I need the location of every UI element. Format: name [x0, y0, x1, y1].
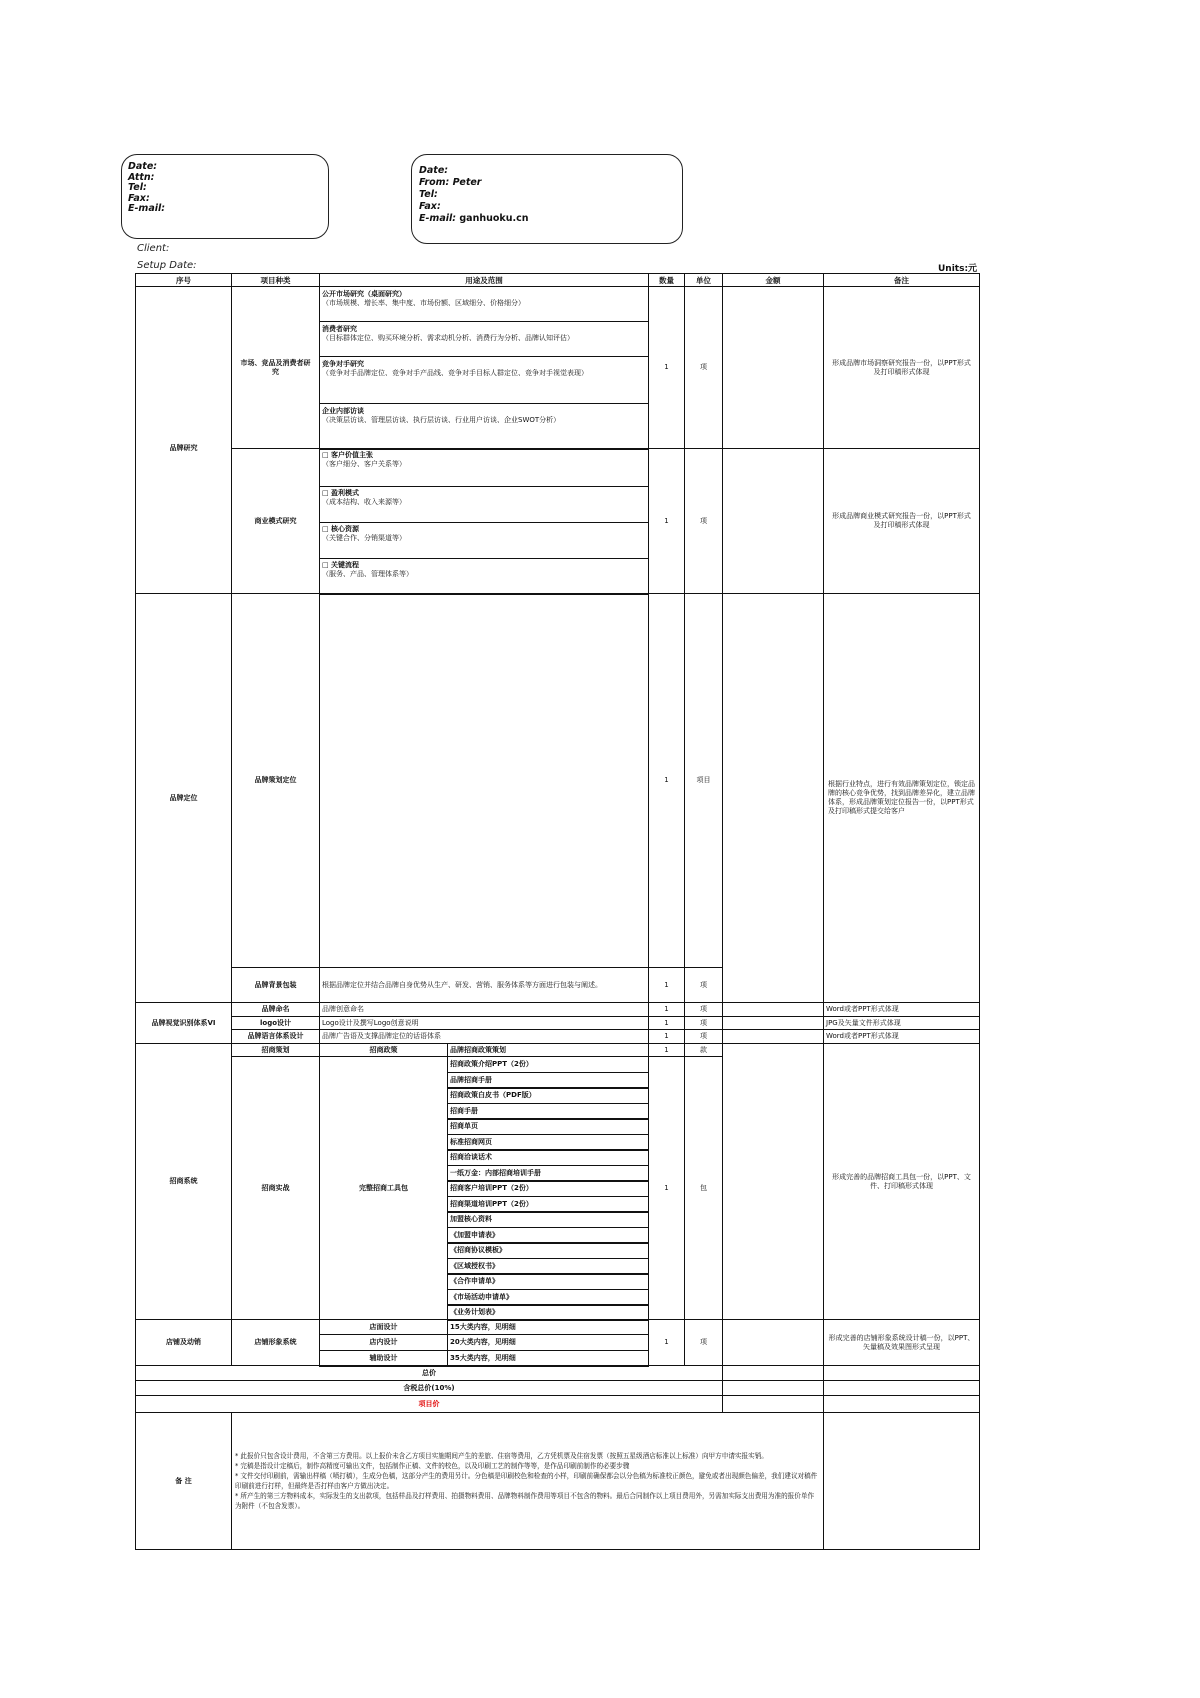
sender-email-value: ganhuoku.cn: [459, 213, 528, 224]
scope-detail: （客户细分、客户关系等）: [322, 460, 406, 469]
remark-line: * 完稿是指设计定稿后，制作高精度可输出文件，包括制作正稿、文件的校色，以及印刷…: [235, 1461, 820, 1471]
recipient-date-label: Date:: [128, 162, 165, 173]
positioning-strategy-qty: 1: [648, 593, 685, 968]
market-research-name: 市场、竞品及消费者研究: [231, 286, 320, 449]
store-category: 店铺及动销: [135, 1319, 232, 1366]
store-sub-name: 店面设计: [319, 1319, 448, 1335]
market-research-item: 企业内部访谈（决策层访谈、管理层访谈、执行层访谈、行业用户访谈、企业SWOT分析…: [319, 403, 649, 450]
vi-item-name: logo设计: [231, 1016, 320, 1030]
recipient-tel-label: Tel:: [128, 183, 165, 194]
toolkit-item: 招商客户培训PPT（2份）: [447, 1180, 649, 1197]
scope-title: 企业内部访谈: [322, 407, 364, 416]
vi-item-unit: 项: [684, 1002, 723, 1017]
vi-item-note: Word或者PPT形式体现: [823, 1002, 980, 1017]
total-amount[interactable]: [722, 1365, 824, 1381]
header-quantity: 数量: [648, 273, 685, 287]
scope-title: 公开市场研究（桌面研究）: [322, 290, 406, 299]
business-model-item: □ 核心资源（关键合作、分销渠道等）: [319, 522, 649, 559]
brand-story-scope: 根据品牌定位并结合品牌自身优势从生产、研发、营销、服务体系等方面进行包装与阐述。: [319, 967, 649, 1003]
store-note: 形成完善的店铺形象系统设计稿一份，以PPT、矢量稿及效果图形式呈现: [823, 1319, 980, 1366]
store-system-name: 店铺形象系统: [231, 1319, 320, 1366]
brand-research-category: 品牌研究: [135, 286, 232, 594]
market-research-note: 形成品牌市场洞察研究报告一份，以PPT形式及打印稿形式体现: [823, 286, 980, 449]
sender-from-value: Peter: [453, 177, 482, 188]
brand-story-qty: 1: [648, 967, 685, 1003]
remarks-label: 备 注: [135, 1412, 232, 1550]
scope-detail: （竞争对手品牌定位、竞争对手产品线、竞争对手目标人群定位、竞争对手视觉表现）: [322, 369, 588, 378]
store-qty: 1: [648, 1319, 685, 1366]
business-model-note: 形成品牌商业模式研究报告一份，以PPT形式及打印稿形式体现: [823, 448, 980, 594]
sender-from-line: From: Peter: [419, 177, 529, 189]
business-model-qty: 1: [648, 448, 685, 594]
remark-line: * 文件交付印刷前，需输出样稿（喷打稿），生成分色稿，这部分产生的费用另计。分色…: [235, 1471, 820, 1491]
investment-amount: [722, 1043, 824, 1320]
toolkit-item: 《招商协议模板》: [447, 1242, 649, 1259]
positioning-strategy-name: 品牌策划定位: [231, 593, 320, 968]
sender-info-box: Date: From: Peter Tel: Fax: E-mail: ganh…: [411, 154, 683, 244]
store-amount: [722, 1319, 824, 1366]
toolkit-item: 招商洽谈话术: [447, 1149, 649, 1166]
store-sub-name: 店内设计: [319, 1334, 448, 1351]
total-note: [823, 1365, 980, 1381]
business-model-item: □ 客户价值主张（客户细分、客户关系等）: [319, 448, 649, 487]
header-index: 序号: [135, 273, 232, 287]
toolkit-item: 招商政策介绍PPT（2份）: [447, 1056, 649, 1073]
investment-execution-sub: 完整招商工具包: [319, 1056, 448, 1320]
business-model-unit: 项: [684, 448, 723, 594]
project-price-amount[interactable]: [722, 1395, 824, 1413]
vi-item-qty: 1: [648, 1002, 685, 1017]
store-sub-item: 15大类内容，见明细: [447, 1319, 649, 1335]
scope-title: □ 关键流程: [322, 561, 359, 570]
toolkit-item: 招商政策白皮书（PDF版）: [447, 1087, 649, 1104]
header-scope: 用途及范围: [319, 273, 649, 287]
investment-execution-unit: 包: [684, 1056, 723, 1320]
scope-detail: （市场规模、增长率、集中度、市场份额、区域细分、价格细分）: [322, 299, 525, 308]
positioning-strategy-note: 根据行业特点，进行有效品牌策划定位，锁定品牌的核心竞争优势，找到品牌差异化，建立…: [823, 593, 980, 1003]
remark-line: * 所产生的第三方物料成本，实际发生的支出款项，包括样品及打样费用、拍摄物料费用…: [235, 1491, 820, 1511]
remarks-note: [823, 1412, 980, 1550]
vi-item-scope: Logo设计及撰写Logo创意说明: [319, 1016, 649, 1030]
header-remark: 备注: [823, 273, 980, 287]
investment-execution-qty: 1: [648, 1056, 685, 1320]
scope-title: □ 核心资源: [322, 525, 359, 534]
scope-title: 消费者研究: [322, 325, 357, 334]
investment-execution-name: 招商实战: [231, 1056, 320, 1320]
scope-detail: （服务、产品、管理体系等）: [322, 570, 413, 579]
scope-detail: （目标群体定位、购买环境分析、需求动机分析、消费行为分析、品牌认知评估）: [322, 334, 574, 343]
market-research-unit: 项: [684, 286, 723, 449]
tax-total-amount[interactable]: [722, 1380, 824, 1396]
tax-total-label: 含税总价(10%): [135, 1380, 723, 1396]
investment-category: 招商系统: [135, 1043, 232, 1320]
market-research-item: 公开市场研究（桌面研究）（市场规模、增长率、集中度、市场份额、区域细分、价格细分…: [319, 286, 649, 322]
store-sub-item: 20大类内容，见明细: [447, 1334, 649, 1351]
scope-detail: （决策层访谈、管理层访谈、执行层访谈、行业用户访谈、企业SWOT分析）: [322, 416, 560, 425]
market-research-item: 消费者研究（目标群体定位、购买环境分析、需求动机分析、消费行为分析、品牌认知评估…: [319, 321, 649, 357]
tax-total-note: [823, 1380, 980, 1396]
client-label: Client:: [137, 243, 169, 254]
market-research-amount: [722, 286, 824, 449]
business-model-item: □ 盈利模式（成本结构、收入来源等）: [319, 486, 649, 523]
scope-title: □ 客户价值主张: [322, 451, 373, 460]
sender-email-line: E-mail: ganhuoku.cn: [419, 213, 529, 225]
vi-item-name: 品牌命名: [231, 1002, 320, 1017]
vi-item-name: 品牌语言体系设计: [231, 1029, 320, 1044]
recipient-info-box: Date: Attn: Tel: Fax: E-mail:: [121, 154, 329, 239]
business-model-name: 商业模式研究: [231, 448, 320, 594]
sender-email-label: E-mail:: [419, 213, 456, 224]
scope-title: 竞争对手研究: [322, 360, 364, 369]
business-model-item: □ 关键流程（服务、产品、管理体系等）: [319, 558, 649, 595]
scope-title: □ 盈利模式: [322, 489, 359, 498]
market-research-qty: 1: [648, 286, 685, 449]
remarks-lines: * 此报价只包含设计费用，不含第三方费用。以上报价未含乙方项目实施期间产生的差旅…: [235, 1451, 820, 1511]
vi-item-amount: [722, 1002, 824, 1017]
header-category: 项目种类: [231, 273, 320, 287]
sender-fax-label: Fax:: [419, 201, 529, 213]
sender-date-label: Date:: [419, 165, 529, 177]
vi-item-scope: 品牌创意命名: [319, 1002, 649, 1017]
investment-note: 形成完善的品牌招商工具包一份，以PPT、文件、打印稿形式体现: [823, 1043, 980, 1320]
brand-story-name: 品牌背景包装: [231, 967, 320, 1003]
remark-line: * 此报价只包含设计费用，不含第三方费用。以上报价未含乙方项目实施期间产生的差旅…: [235, 1451, 820, 1461]
toolkit-item: 招商单页: [447, 1118, 649, 1135]
toolkit-item: 《合作申请单》: [447, 1273, 649, 1290]
vi-item-note: JPG及矢量文件形式体现: [823, 1016, 980, 1030]
vi-item-scope: 品牌广告语及支撑品牌定位的话语体系: [319, 1029, 649, 1044]
header-unit: 单位: [684, 273, 723, 287]
brand-positioning-category: 品牌定位: [135, 593, 232, 1003]
project-price-label: 项目价: [135, 1395, 723, 1413]
setup-date-label: Setup Date:: [137, 260, 197, 271]
market-research-item: 竞争对手研究（竞争对手品牌定位、竞争对手产品线、竞争对手目标人群定位、竞争对手视…: [319, 356, 649, 404]
investment-planning-qty: 1: [648, 1043, 685, 1057]
vi-category: 品牌视觉识别体系VI: [135, 1002, 232, 1044]
vi-item-qty: 1: [648, 1016, 685, 1030]
vi-item-unit: 项: [684, 1029, 723, 1044]
sender-from-label: From:: [419, 177, 449, 188]
investment-planning-name: 招商策划: [231, 1043, 320, 1057]
investment-planning-sub: 招商政策: [319, 1043, 448, 1057]
store-unit: 项: [684, 1319, 723, 1366]
toolkit-item: 加盟核心资料: [447, 1211, 649, 1228]
positioning-amount: [722, 593, 824, 1003]
vi-item-note: Word或者PPT形式体现: [823, 1029, 980, 1044]
project-price-note: [823, 1395, 980, 1413]
brand-story-unit: 项: [684, 967, 723, 1003]
vi-item-qty: 1: [648, 1029, 685, 1044]
sender-tel-label: Tel:: [419, 189, 529, 201]
scope-detail: （成本结构、收入来源等）: [322, 498, 406, 507]
positioning-strategy-scope: [319, 593, 649, 968]
total-label: 总价: [135, 1365, 723, 1381]
vi-item-amount: [722, 1029, 824, 1044]
business-model-amount: [722, 448, 824, 594]
vi-item-amount: [722, 1016, 824, 1030]
header-amount: 金额: [722, 273, 824, 287]
remarks-content: * 此报价只包含设计费用，不含第三方费用。以上报价未含乙方项目实施期间产生的差旅…: [231, 1412, 824, 1550]
vi-item-unit: 项: [684, 1016, 723, 1030]
investment-planning-unit: 款: [684, 1043, 723, 1057]
positioning-strategy-unit: 项目: [684, 593, 723, 968]
investment-planning-item: 品牌招商政策策划: [447, 1043, 649, 1057]
scope-detail: （关键合作、分销渠道等）: [322, 534, 406, 543]
recipient-email-label: E-mail:: [128, 204, 165, 215]
